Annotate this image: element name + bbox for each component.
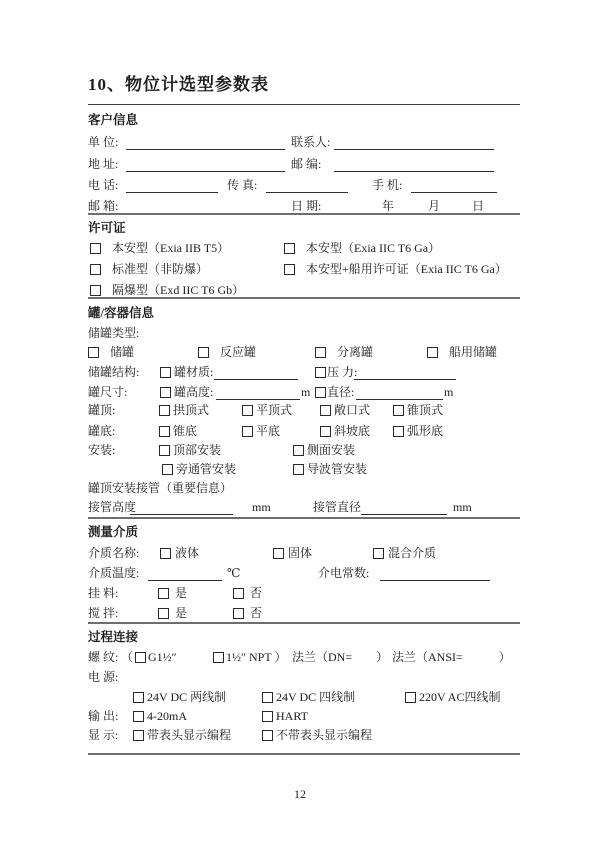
nozzle-diameter-blank[interactable] xyxy=(361,499,447,515)
height-blank[interactable] xyxy=(216,384,300,400)
dielectric-blank[interactable] xyxy=(380,565,490,581)
tank-type-label: 储罐类型: xyxy=(88,325,139,341)
power-option: 220V AC四线制 xyxy=(419,689,500,705)
cb-standard-nonex[interactable] xyxy=(90,264,101,275)
tank-size-label: 罐尺寸: xyxy=(88,384,127,400)
divider xyxy=(88,753,520,755)
tank-top-option: 拱顶式 xyxy=(173,402,209,418)
power-option: 24V DC 四线制 xyxy=(276,689,355,705)
nozzle-height-unit: mm xyxy=(252,499,271,515)
tank-bottom-option: 平底 xyxy=(256,423,280,439)
thread-paren: （ xyxy=(121,649,133,665)
tank-top-option: 敞口式 xyxy=(334,402,370,418)
cb-stilling-well-mount[interactable] xyxy=(293,464,304,475)
tank-top-option: 锥顶式 xyxy=(407,402,443,418)
tank-top-option: 平顶式 xyxy=(256,402,292,418)
address-label: 地 址: xyxy=(88,156,118,172)
cb-cone-bottom[interactable] xyxy=(159,426,170,437)
flange-dn-label: 法兰（DN= ） xyxy=(292,649,388,665)
divider xyxy=(88,297,520,299)
cb-liquid[interactable] xyxy=(160,548,171,559)
unit-label: 单 位: xyxy=(88,134,118,150)
stir-label: 搅 拌: xyxy=(88,605,118,621)
cb-flat-top[interactable] xyxy=(242,405,253,416)
process-section-header: 过程连接 xyxy=(88,629,138,645)
install-label: 安装: xyxy=(88,442,115,458)
unit-blank[interactable] xyxy=(126,134,285,150)
stir-yes-label: 是 xyxy=(175,605,187,621)
email-label: 邮 箱: xyxy=(88,198,118,214)
nozzle-header: 罐顶安装接管（重要信息） xyxy=(88,480,232,496)
output-option: HART xyxy=(276,708,308,724)
mobile-label: 手 机: xyxy=(372,177,402,193)
material-blank[interactable] xyxy=(214,364,298,380)
height-unit: m xyxy=(301,384,310,400)
stir-no-label: 否 xyxy=(250,605,262,621)
date-blank[interactable] xyxy=(330,198,380,214)
contact-blank[interactable] xyxy=(334,134,494,150)
nozzle-diameter-unit: mm xyxy=(453,499,472,515)
cb-exd-iic-t6-gb[interactable] xyxy=(90,285,101,296)
date-label: 日 期: xyxy=(291,198,321,214)
license-option-label: 本安型（Exia IIC T6 Ga） xyxy=(306,240,440,256)
tank-top-label: 罐顶: xyxy=(88,402,115,418)
customer-section-header: 客户信息 xyxy=(88,112,138,128)
thread-label: 螺 纹: xyxy=(88,649,118,665)
year-blank[interactable] xyxy=(395,198,426,214)
medium-option: 固体 xyxy=(288,545,312,561)
cb-220vac-4wire[interactable] xyxy=(405,692,416,703)
medium-option: 混合介质 xyxy=(388,545,436,561)
pressure-blank[interactable] xyxy=(354,364,456,380)
tank-type-option: 储罐 xyxy=(110,344,134,360)
page-title: 10、物位计选型参数表 xyxy=(88,70,269,95)
page-number: 12 xyxy=(0,786,600,802)
tank-type-option: 分离罐 xyxy=(337,344,373,360)
year-label: 年 xyxy=(382,198,394,214)
install-option: 导波管安装 xyxy=(307,461,367,477)
thread-option: 1½″ NPT ） xyxy=(226,649,286,665)
buildup-label: 挂 料: xyxy=(88,585,118,601)
mobile-blank[interactable] xyxy=(411,177,497,193)
buildup-yes-label: 是 xyxy=(175,585,187,601)
cb-hart[interactable] xyxy=(262,711,273,722)
license-option-label: 本安型+船用许可证（Exia IIC T6 Ga） xyxy=(306,261,507,277)
output-label: 输 出: xyxy=(88,708,118,724)
cb-4-20ma[interactable] xyxy=(133,711,144,722)
dielectric-label: 介电常数: xyxy=(318,565,369,581)
cb-tank-material[interactable] xyxy=(160,367,171,378)
cb-solid[interactable] xyxy=(273,548,284,559)
zip-label: 邮 编: xyxy=(291,156,321,172)
cb-top-mount[interactable] xyxy=(159,445,170,456)
tank-bottom-label: 罐底: xyxy=(88,423,115,439)
tank-bottom-option: 斜坡底 xyxy=(334,423,370,439)
month-label: 月 xyxy=(428,198,440,214)
material-label: 罐材质: xyxy=(174,364,213,380)
tank-type-option: 船用储罐 xyxy=(449,344,497,360)
day-label: 日 xyxy=(472,198,484,214)
cb-stir-yes[interactable] xyxy=(158,608,169,619)
cb-24vdc-2wire[interactable] xyxy=(133,692,144,703)
tank-section-header: 罐/容器信息 xyxy=(88,305,154,321)
height-label: 罐高度: xyxy=(174,384,213,400)
license-option-label: 本安型（Exia IIB T5） xyxy=(112,240,229,256)
display-option: 带表头显示编程 xyxy=(147,727,231,743)
cb-storage-tank[interactable] xyxy=(88,347,99,358)
cb-buildup-yes[interactable] xyxy=(158,588,169,599)
display-label: 显 示: xyxy=(88,727,118,743)
install-option: 顶部安装 xyxy=(173,442,221,458)
phone-label: 电 话: xyxy=(88,177,118,193)
cb-exia-iic-t6-ga[interactable] xyxy=(284,243,295,254)
document-page: 10、物位计选型参数表 客户信息 单 位: 联系人: 地 址: 邮 编: 电 话… xyxy=(0,0,600,848)
cb-tank-height[interactable] xyxy=(160,387,171,398)
cb-thread-npt[interactable] xyxy=(213,652,224,663)
license-option-label: 标准型（非防爆） xyxy=(112,261,208,277)
contact-label: 联系人: xyxy=(291,134,330,150)
nozzle-diameter-label: 接管直径 xyxy=(313,499,361,515)
medium-section-header: 测量介质 xyxy=(88,524,138,540)
temperature-unit: ℃ xyxy=(227,565,240,581)
cb-marine-tank[interactable] xyxy=(427,347,438,358)
cb-separation-tank[interactable] xyxy=(315,347,326,358)
diameter-blank[interactable] xyxy=(356,384,443,400)
buildup-no-label: 否 xyxy=(250,585,262,601)
cb-marine-license[interactable] xyxy=(284,264,295,275)
cb-mixed-medium[interactable] xyxy=(373,548,384,559)
month-blank[interactable] xyxy=(441,198,470,214)
cb-flat-bottom[interactable] xyxy=(242,426,253,437)
fax-label: 传 真: xyxy=(227,177,257,193)
zip-blank[interactable] xyxy=(334,156,494,172)
temperature-label: 介质温度: xyxy=(88,565,139,581)
license-section-header: 许可证 xyxy=(88,220,126,236)
divider xyxy=(88,622,520,624)
license-option-label: 隔爆型（Exd IIC T6 Gb） xyxy=(112,282,244,298)
install-option: 侧面安装 xyxy=(307,442,355,458)
medium-option: 液体 xyxy=(175,545,199,561)
cb-tank-pressure[interactable] xyxy=(315,367,326,378)
cb-cone-top[interactable] xyxy=(393,405,404,416)
email-blank[interactable] xyxy=(126,198,278,214)
tank-structure-label: 储罐结构: xyxy=(88,364,139,380)
diameter-unit: m xyxy=(444,384,453,400)
cb-bypass-mount[interactable] xyxy=(162,464,173,475)
nozzle-height-label: 接管高度 xyxy=(88,499,136,515)
cb-without-display[interactable] xyxy=(262,730,273,741)
cb-open-top[interactable] xyxy=(320,405,331,416)
pressure-label: 压 力: xyxy=(327,364,357,380)
address-blank[interactable] xyxy=(126,156,285,172)
tank-type-option: 反应罐 xyxy=(220,344,256,360)
tank-bottom-option: 锥底 xyxy=(173,423,197,439)
flange-ansi-label: 法兰（ANSI= ） xyxy=(392,649,511,665)
display-option: 不带表头显示编程 xyxy=(276,727,372,743)
cb-exia-iib-t5[interactable] xyxy=(90,243,101,254)
divider xyxy=(88,104,520,105)
cb-reaction-tank[interactable] xyxy=(198,347,209,358)
medium-name-label: 介质名称: xyxy=(88,545,139,561)
diameter-label: 直径: xyxy=(327,384,354,400)
cb-thread-g[interactable] xyxy=(135,652,146,663)
phone-blank[interactable] xyxy=(126,177,218,193)
cb-dome-top[interactable] xyxy=(159,405,170,416)
cb-buildup-no[interactable] xyxy=(233,588,244,599)
cb-24vdc-4wire[interactable] xyxy=(262,692,273,703)
tank-bottom-option: 弧形底 xyxy=(407,423,443,439)
thread-option: G1½″ xyxy=(148,649,177,665)
cb-stir-no[interactable] xyxy=(233,608,244,619)
cb-arc-bottom[interactable] xyxy=(393,426,404,437)
output-option: 4-20mA xyxy=(147,708,187,724)
temperature-blank[interactable] xyxy=(148,565,222,581)
power-label: 电 源: xyxy=(88,669,118,685)
divider xyxy=(88,517,520,519)
cb-side-mount[interactable] xyxy=(293,445,304,456)
fax-blank[interactable] xyxy=(266,177,348,193)
nozzle-height-blank[interactable] xyxy=(130,499,233,515)
cb-tank-diameter[interactable] xyxy=(315,387,326,398)
install-option: 旁通管安装 xyxy=(176,461,236,477)
cb-with-display[interactable] xyxy=(133,730,144,741)
power-option: 24V DC 两线制 xyxy=(147,689,226,705)
divider xyxy=(88,213,520,215)
cb-slope-bottom[interactable] xyxy=(320,426,331,437)
